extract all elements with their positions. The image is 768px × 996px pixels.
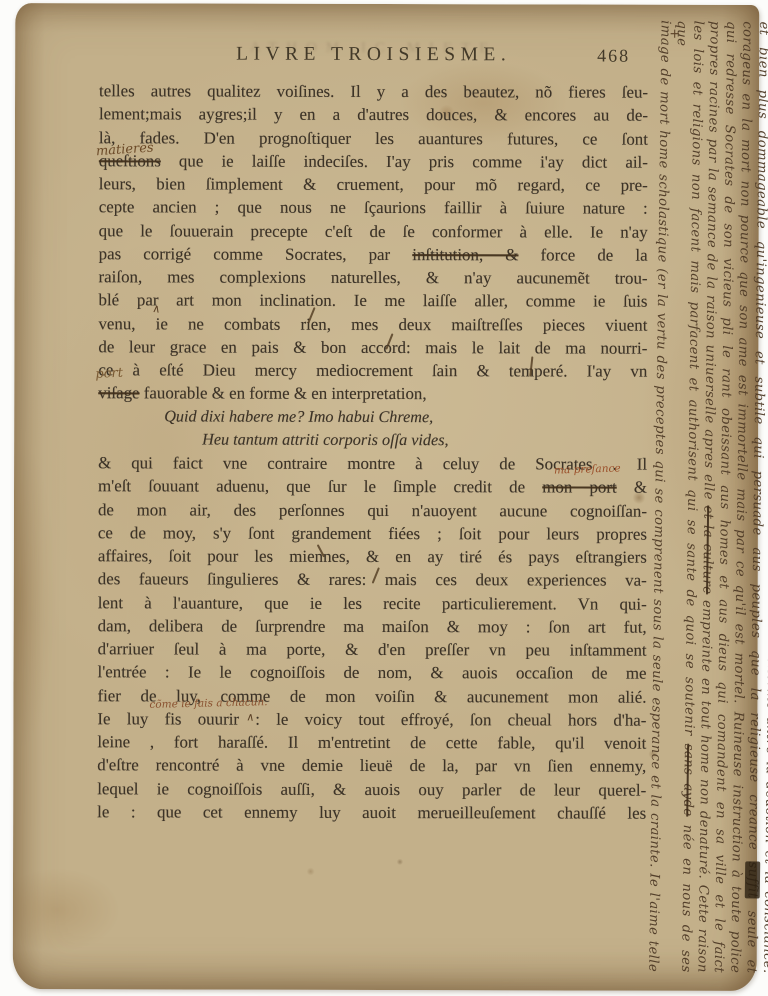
text-segment: pas corrigé comme Socrates, par [99, 244, 413, 264]
print-line: telles autres qualitez voiſines. Il y a … [99, 79, 648, 104]
print-line: leurs, bien ſimplement & cruement, pour … [99, 172, 648, 197]
print-line: de leur grace en pais & bon accord: mais… [98, 335, 647, 360]
print-line: blé par art mon inclination. Ie me laiſſ… [98, 288, 647, 313]
text-segment: affaires, ſoit pour les miennes, & en ay… [98, 546, 647, 566]
text-segment: lement;mais aygres;il y en a d'autres do… [99, 104, 648, 124]
text-segment: ce de moy, s'y ſont grandement fiées ; ſ… [98, 523, 647, 543]
print-line: ce à eſté Dieu mercy mediocrement ſain &… [98, 358, 647, 383]
text-segment: seule et [744, 899, 760, 974]
book-title: LIVRE TROISIESME. [236, 44, 511, 66]
running-header: LIVRE TROISIESME. 468 [99, 43, 648, 66]
text-segment: de leur grace en pais & bon accord: mais… [98, 337, 647, 357]
print-line: lequel ie cognoiſſois auſſi, & auois ouy… [97, 777, 646, 802]
text-segment: d'arriuer ſeul à ma porte, & d'en preſſe… [98, 639, 647, 659]
cross-mark-margin: + [669, 27, 680, 42]
struck-text: mon port [542, 478, 616, 497]
print-line: lent à l'auanture, que ie les recite par… [98, 591, 647, 616]
text-segment: m'eſt ſouuant aduenu, que ſur le ſimple … [98, 476, 542, 496]
text-segment: l'entrée : Ie le cognoiſſois de nom, & a… [98, 662, 647, 682]
text-segment: lent à l'auanture, que ie les recite par… [98, 593, 647, 613]
print-line: Ie luy fis ouurir : le voicy tout effroy… [97, 707, 646, 732]
struck-text: sans ayde [680, 744, 696, 817]
print-line: Heu tantum attriti corporis oſſa vides, [98, 428, 647, 453]
text-segment: lequel ie cognoiſſois auſſi, & auois ouy… [97, 779, 646, 799]
text-segment: fauorable & en forme & en interpretation… [140, 384, 427, 404]
text-segment: cepte ancien ; que nous ne ſçaurions fai… [99, 197, 648, 217]
print-line: pas corrigé comme Socrates, par inſtitut… [99, 242, 648, 267]
text-segment: le : que cet ennemy luy auoit merueilleu… [97, 802, 646, 822]
print-line: Quid dixi habere me? Imo habui Chreme, [98, 405, 647, 430]
text-segment: force de la [518, 245, 647, 264]
print-line: venu, ie ne combats rien, mes deux maiſt… [98, 312, 647, 337]
text-segment: que ie laiſſe indeciſes. I'ay pris comme… [161, 151, 648, 171]
text-segment: & [617, 478, 647, 497]
struck-text: viſage [98, 383, 139, 402]
text-segment: d'eſtre rencontré à vne demie lieuë de l… [97, 755, 646, 775]
print-line: l'entrée : Ie le cognoiſſois de nom, & a… [98, 660, 647, 685]
print-line: d'arriuer ſeul à ma porte, & d'en preſſe… [98, 637, 647, 662]
text-segment: là, fades. D'en prognoſtiquer les auantu… [99, 128, 648, 148]
print-line: raiſon, mes complexions naturelles, & n'… [99, 265, 648, 290]
text-segment: leine , fort haraſſé. Il m'entretint de … [97, 732, 646, 752]
print-line: lement;mais aygres;il y en a d'autres do… [99, 102, 648, 127]
text-segment: Heu tantum attriti corporis oſſa vides, [202, 430, 448, 449]
struck-text: et la culture [699, 505, 715, 594]
print-line: là, fades. D'en prognoſtiquer les auantu… [99, 126, 648, 151]
text-segment: de mon air, des perſonnes qui n'auoyent … [98, 500, 647, 520]
print-text-block: telles autres qualitez voiſines. Il y a … [97, 79, 648, 824]
text-segment: blé par art mon inclination. Ie me laiſſ… [98, 290, 647, 310]
text-segment: Quid dixi habere me? Imo habui Chreme, [164, 407, 433, 426]
text-segment: venu, ie ne combats rien, mes deux maiſt… [98, 314, 647, 334]
text-segment: ce à eſté Dieu mercy mediocrement ſain &… [98, 360, 647, 380]
print-line: de mon air, des perſonnes qui n'auoyent … [98, 498, 647, 523]
print-line: viſage fauorable & en forme & en interpr… [98, 381, 647, 406]
text-segment: raiſon, mes complexions naturelles, & n'… [99, 267, 648, 287]
blotted-text: suffit [745, 862, 760, 899]
text-segment: dam, delibera de ſurprendre ma maiſon & … [98, 616, 647, 636]
margin-handwriting: image de mort home scholastique (er la v… [644, 20, 768, 973]
print-line: queſtions que ie laiſſe indeciſes. I'ay … [99, 149, 648, 174]
print-line: dam, delibera de ſurprendre ma maiſon & … [98, 614, 647, 639]
text-segment: que le ſouuerain precepte c'eſt de ſe co… [99, 221, 648, 241]
book-page: ATHOM IC MIETE LIVRE TROISIESME. 468 tel… [13, 3, 760, 991]
text-segment: Ie luy fis ouurir : le voicy tout effroy… [97, 709, 646, 729]
page-number: 468 [597, 46, 630, 67]
print-line: m'eſt ſouuant aduenu, que ſur le ſimple … [98, 474, 647, 499]
text-segment: leurs, bien ſimplement & cruement, pour … [99, 174, 648, 194]
caret-mark-ouurir: ∧ [246, 710, 255, 724]
struck-text: inſtitution, & [412, 245, 518, 264]
print-line: que le ſouuerain precepte c'eſt de ſe co… [99, 219, 648, 244]
print-line: d'eſtre rencontré à vne demie lieuë de l… [97, 753, 646, 778]
print-line: ce de moy, s'y ſont grandement fiées ; ſ… [98, 521, 647, 546]
print-line: leine , fort haraſſé. Il m'entretint de … [97, 730, 646, 755]
text-segment: telles autres qualitez voiſines. Il y a … [99, 81, 648, 101]
print-line: cepte ancien ; que nous ne ſçaurions fai… [99, 195, 648, 220]
handwritten-correction-port: port [95, 366, 123, 382]
book-page-photo: ATHOM IC MIETE LIVRE TROISIESME. 468 tel… [0, 0, 768, 996]
print-line: le : que cet ennemy luy auoit merueilleu… [97, 800, 646, 825]
handwritten-correction-ma-presance: ma preſance [554, 462, 621, 476]
print-line: affaires, ſoit pour les miennes, & en ay… [98, 544, 647, 569]
